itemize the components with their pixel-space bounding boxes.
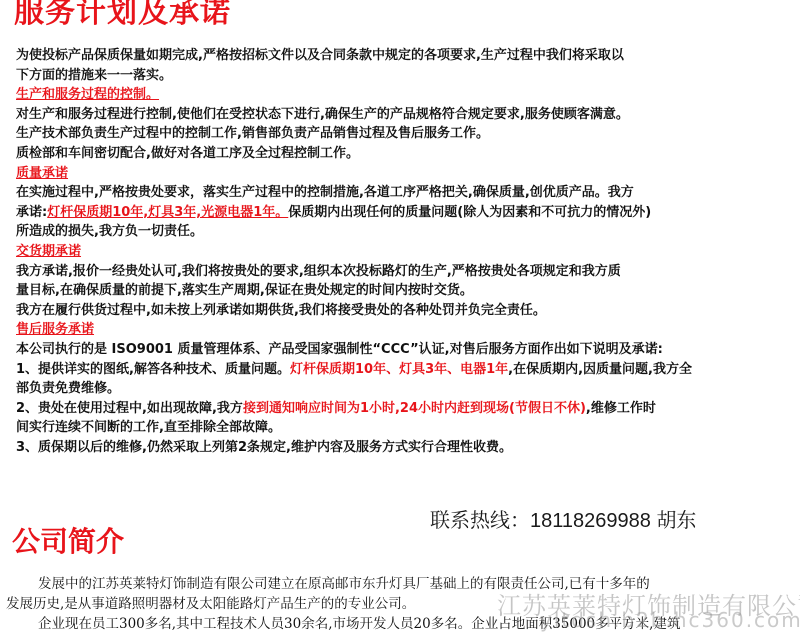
control-line: 质检部和车间密切配合,做好对各道工序及全过程控制工作。 — [16, 144, 796, 164]
delivery-line: 量目标,在确保质量的前提下,落实生产周期,保证在贵处规定的时间内按时交货。 — [16, 281, 796, 301]
item1-highlight: 灯杆保质期10年、灯具3年、电器1年 — [290, 362, 508, 377]
control-line: 生产技术部负责生产过程中的控制工作,销售部负责产品销售过程及售后服务工作。 — [16, 124, 796, 144]
quality-prefix: 承诺: — [16, 205, 47, 220]
intro-line: 为使投标产品保质保量如期完成,严格按招标文件以及合同条款中规定的各项要求,生产过… — [16, 46, 796, 66]
quality-line: 所造成的损失,我方负一切责任。 — [16, 222, 796, 242]
item2-suffix: ,维修工作时 — [586, 401, 656, 416]
after-sales-item-3: 3、质保期以后的维修,仍然采取上列第2条规定,维护内容及服务方式实行合理性收费。 — [16, 438, 796, 458]
item1-prefix: 1、提供详实的图纸,解答各种技术、质量问题。 — [16, 362, 290, 377]
intro-line: 下方面的措施来一一落实。 — [16, 66, 796, 86]
after-sales-item-1-cont: 部负责免费维修。 — [16, 379, 796, 399]
company-title: 公司简介 — [12, 524, 124, 560]
hotline: 联系热线：18118269988 胡东 — [430, 504, 696, 533]
plan-intro: 为使投标产品保质保量如期完成,严格按招标文件以及合同条款中规定的各项要求,生产过… — [16, 46, 796, 457]
hotline-number: 18118269988 — [530, 510, 651, 532]
after-sales-item-1: 1、提供详实的图纸,解答各种技术、质量问题。灯杆保质期10年、灯具3年、电器1年… — [16, 360, 796, 380]
quality-suffix: 保质期内出现任何的质量问题(除人为因素和不可抗力的情况外) — [288, 205, 651, 220]
delivery-line: 我方在履行供货过程中,如未按上列承诺如期供货,我们将接受贵处的各种处罚并负完全责… — [16, 301, 796, 321]
hotline-label: 联系热线： — [430, 510, 530, 532]
after-sales-item-2-cont: 间实行连续不间断的工作,直至排除全部故障。 — [16, 418, 796, 438]
delivery-line: 我方承诺,报价一经贵处认可,我们将按贵处的要求,组织本次投标路灯的生产,严格按贵… — [16, 262, 796, 282]
control-line: 对生产和服务过程进行控制,使他们在受控状态下进行,确保生产的产品规格符合规定要求… — [16, 105, 796, 125]
quality-line: 在实施过程中,严格按贵处要求，落实生产过程中的控制措施,各道工序严格把关,确保质… — [16, 183, 796, 203]
after-sales-heading: 售后服务承诺 — [16, 322, 94, 337]
watermark-url: yltdsh.b2b.hc360.com — [540, 608, 800, 632]
quality-heading: 质量承诺 — [16, 166, 68, 181]
delivery-heading: 交货期承诺 — [16, 244, 81, 259]
control-heading: 生产和服务过程的控制。 — [16, 87, 159, 102]
hotline-contact: 胡东 — [656, 510, 696, 532]
warranty-highlight: 灯杆保质期10年,灯具3年,光源电器1年。 — [47, 205, 288, 220]
plan-title: 服务计划及承诺 — [14, 0, 231, 32]
item1-suffix: ,在保质期内,因质量问题,我方全 — [508, 362, 692, 377]
after-sales-line: 本公司执行的是 ISO9001 质量管理体系、产品受国家强制性“CCC”认证,对… — [16, 340, 796, 360]
item2-highlight: 接到通知响应时间为1小时,24小时内赶到现场(节假日不休) — [243, 401, 586, 416]
quality-line: 承诺:灯杆保质期10年,灯具3年,光源电器1年。保质期内出现任何的质量问题(除人… — [16, 203, 796, 223]
after-sales-item-2: 2、贵处在使用过程中,如出现故障,我方接到通知响应时间为1小时,24小时内赶到现… — [16, 399, 796, 419]
item2-prefix: 2、贵处在使用过程中,如出现故障,我方 — [16, 401, 243, 416]
